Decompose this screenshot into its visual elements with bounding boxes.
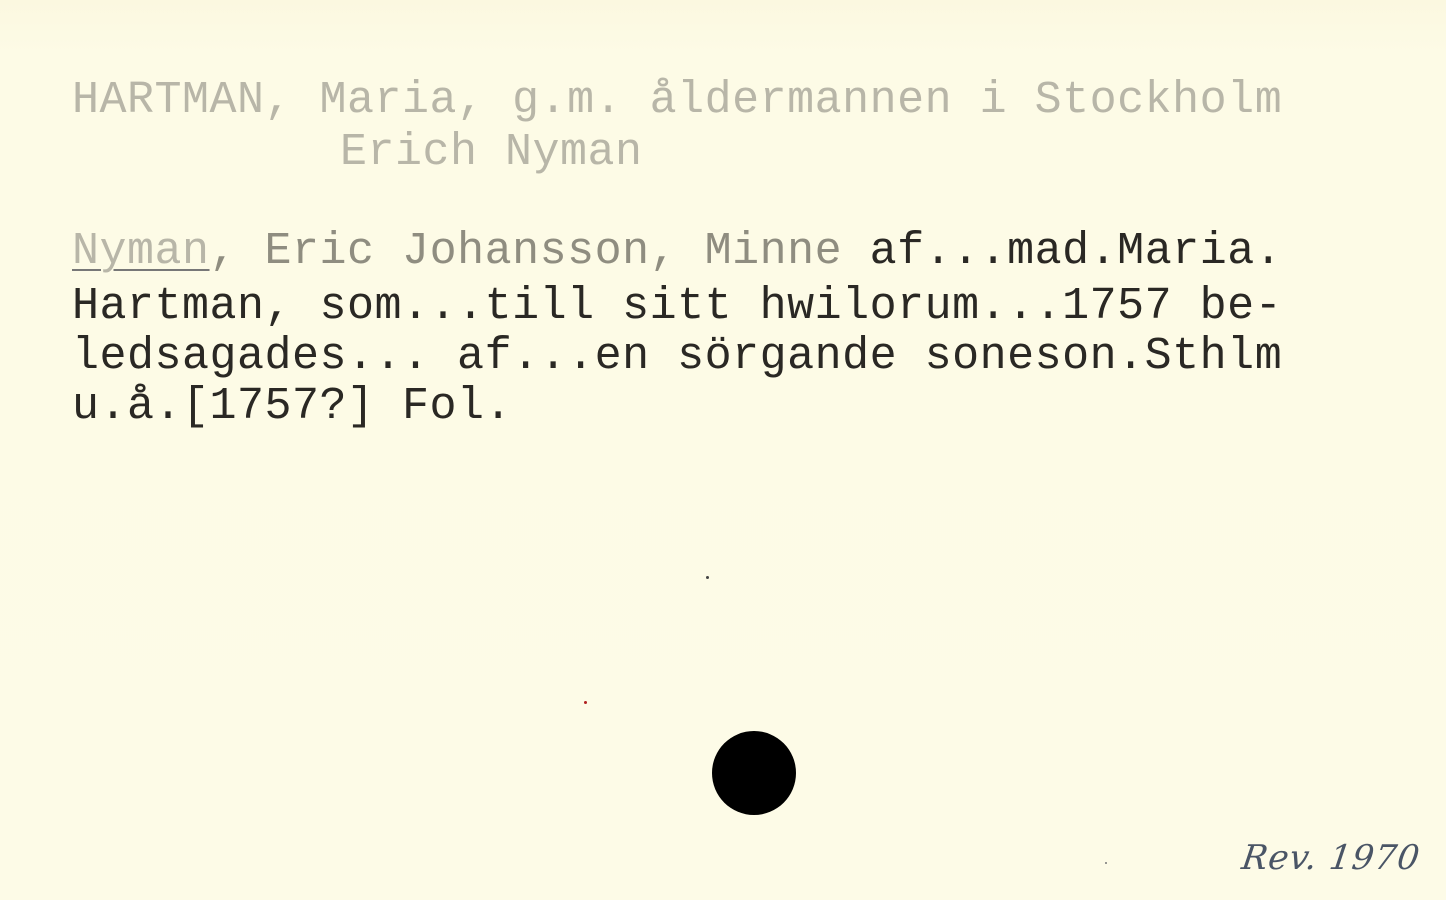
entry-line-4: u.å.[1757?] Fol. — [72, 382, 512, 432]
entry-author-surname: Nyman — [72, 226, 210, 277]
ink-speck — [1105, 862, 1107, 864]
header-line-1: HARTMAN, Maria, g.m. åldermannen i Stock… — [72, 76, 1282, 126]
entry-title-start: af...mad.Maria. — [842, 226, 1282, 277]
punch-hole-icon — [712, 731, 796, 815]
revision-annotation: Rev. 1970 — [1239, 838, 1423, 878]
entry-line-3: ledsagades... af...en sörgande soneson.S… — [72, 332, 1282, 382]
header-line-2: Erich Nyman — [340, 128, 643, 178]
entry-line-2: Hartman, som...till sitt hwilorum...1757… — [72, 282, 1282, 332]
entry-author-rest: , Eric Johansson, Minne — [210, 226, 843, 277]
header-surname: HARTMAN — [72, 75, 265, 126]
ink-speck — [706, 576, 709, 579]
ink-speck-red — [584, 701, 587, 704]
entry-line-1: Nyman, Eric Johansson, Minne af...mad.Ma… — [72, 227, 1282, 277]
header-description: , Maria, g.m. åldermannen i Stockholm — [265, 75, 1283, 126]
catalog-card: HARTMAN, Maria, g.m. åldermannen i Stock… — [0, 0, 1446, 900]
